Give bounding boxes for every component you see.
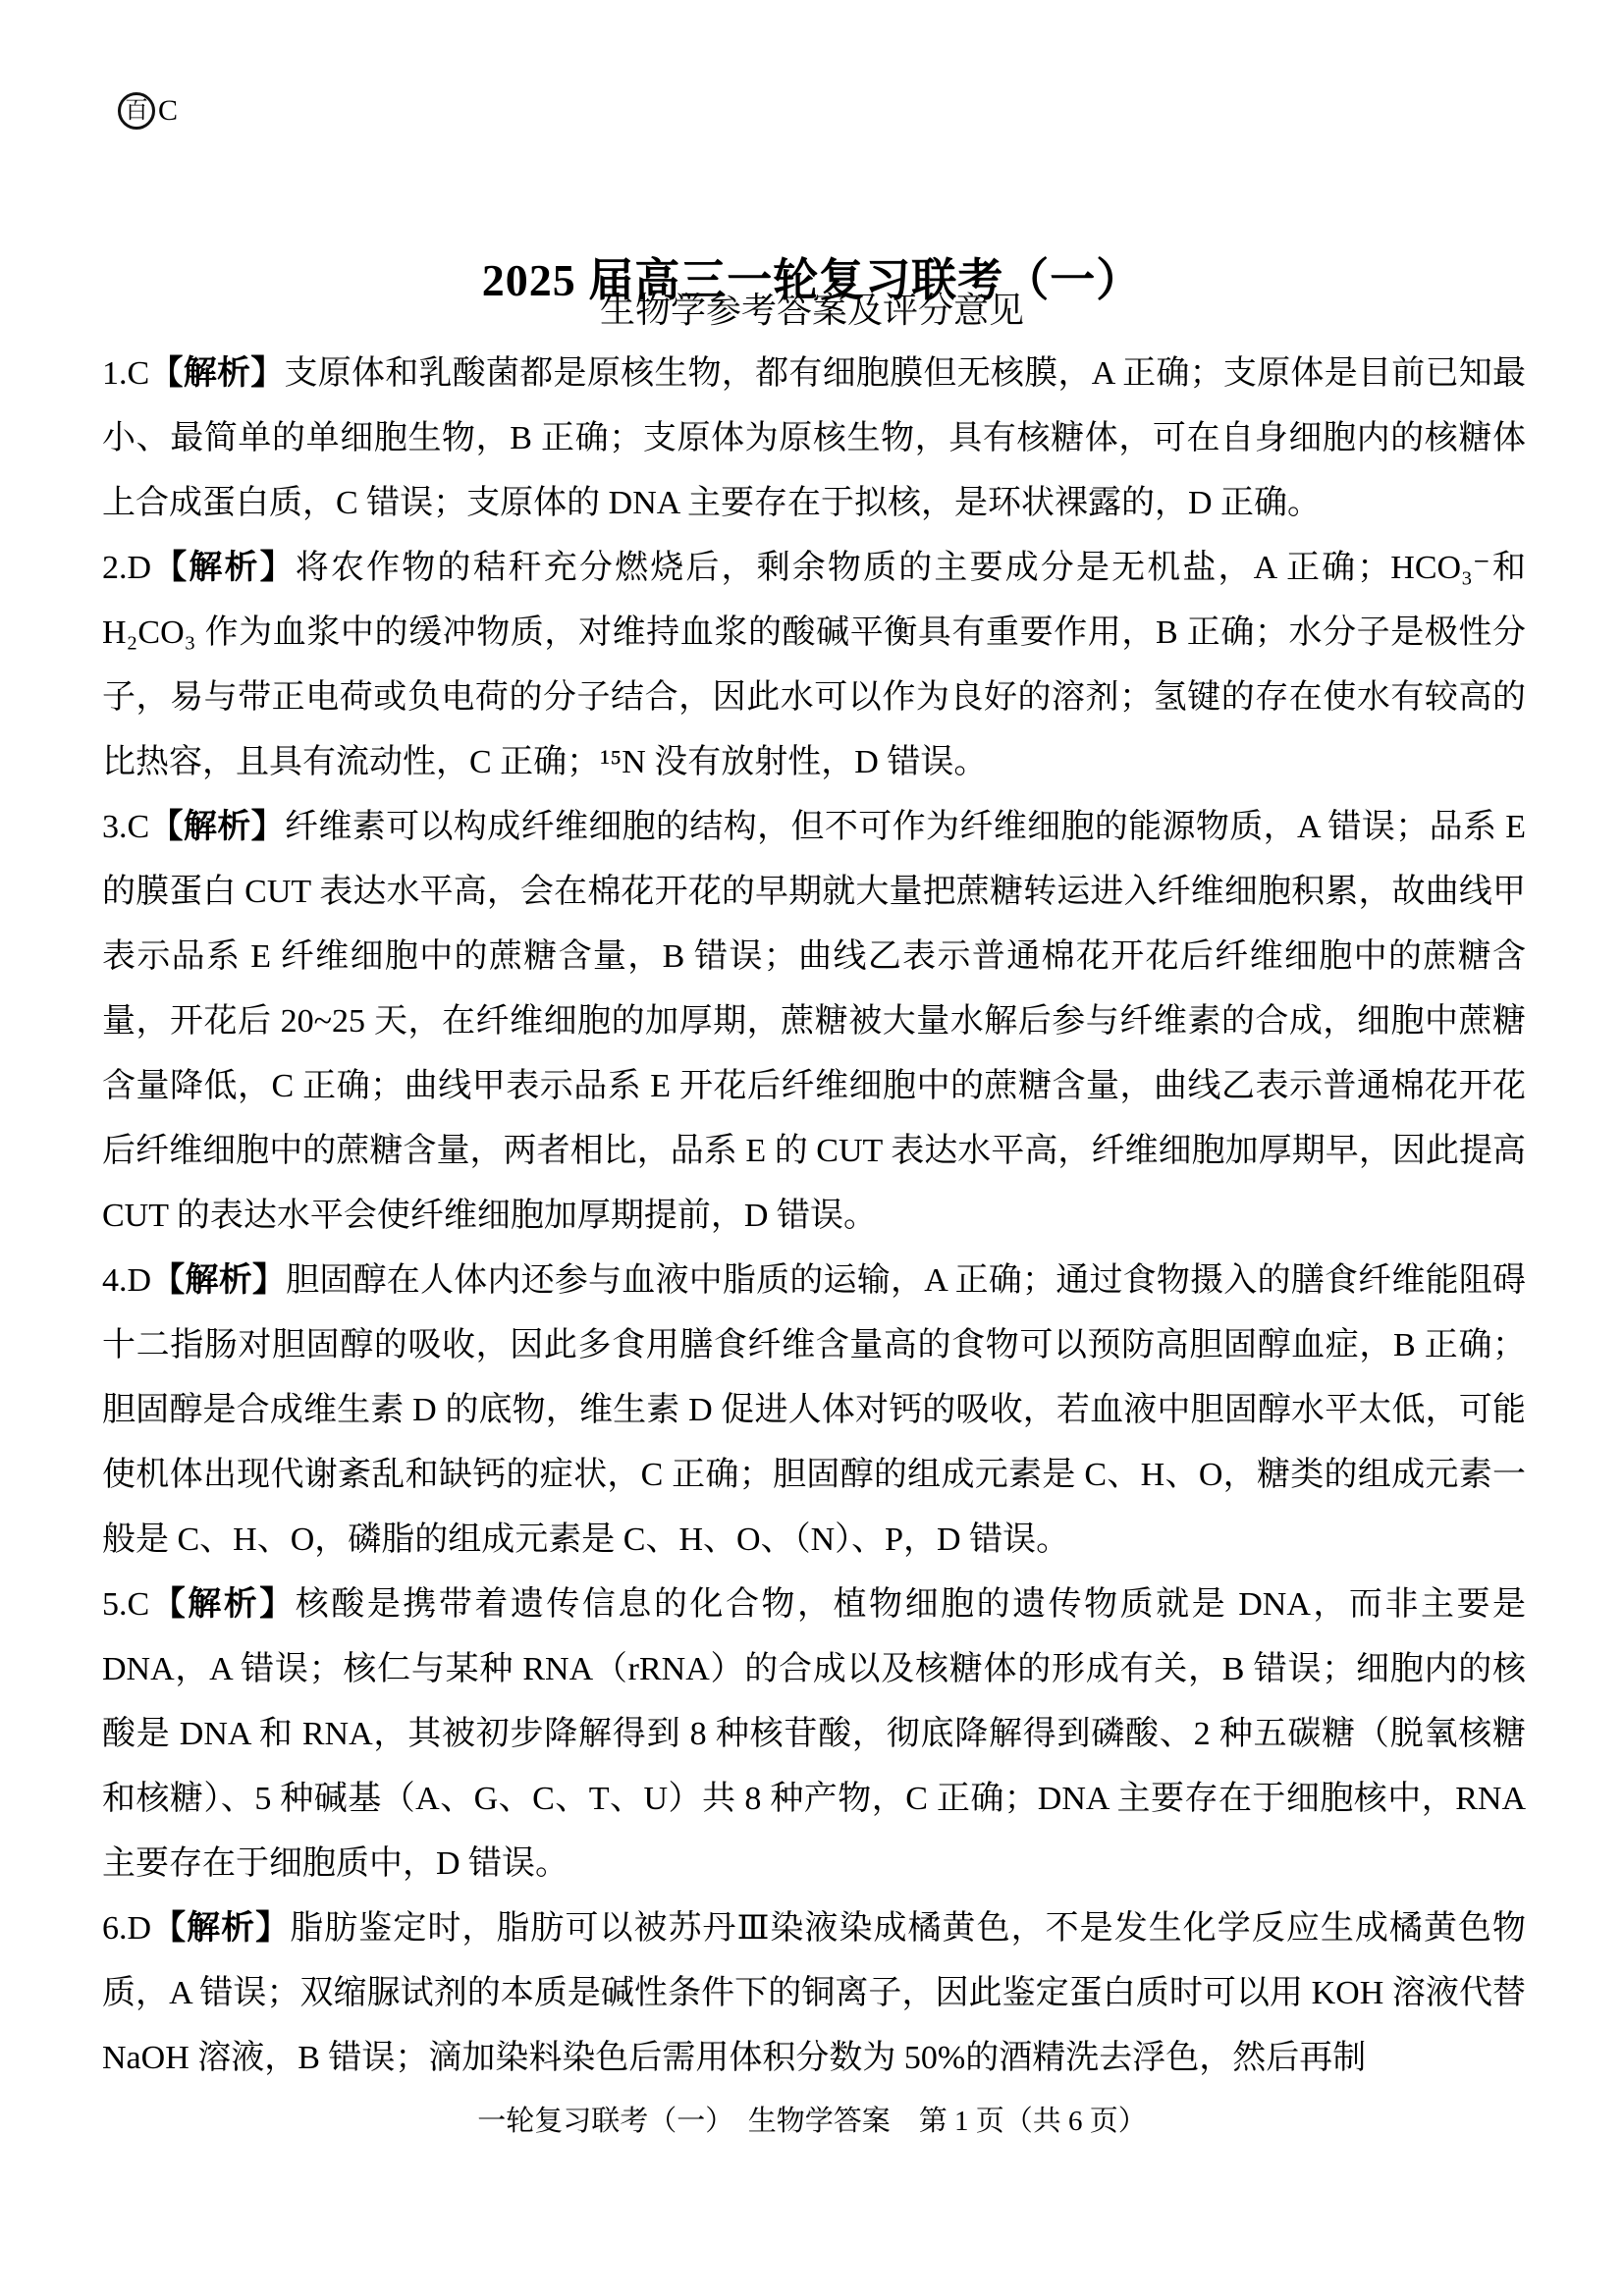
answer-text: 脂肪鉴定时，脂肪可以被苏丹Ⅲ染液染成橘黄色，不是发生化学反应生成橘黄色物质，A …: [102, 1910, 1526, 2076]
answer-item-3: 3.C【解析】纤维素可以构成纤维细胞的结构，但不可作为纤维细胞的能源物质，A 错…: [102, 795, 1526, 1249]
answer-text: 支原体和乳酸菌都是原核生物，都有细胞膜但无核膜，A 正确；支原体是目前已知最小、…: [102, 355, 1526, 521]
answer-item-4: 4.D【解析】胆固醇在人体内还参与血液中脂质的运输，A 正确；通过食物摄入的膳食…: [102, 1249, 1526, 1573]
answer-number: 4.D: [102, 1262, 151, 1299]
answer-number: 2.D: [102, 550, 151, 586]
answer-label: 【解析】: [151, 550, 296, 586]
answer-label: 【解析】: [151, 1262, 286, 1299]
answer-number: 6.D: [102, 1910, 151, 1947]
answer-number: 3.C: [102, 809, 149, 845]
answer-number: 1.C: [102, 355, 149, 392]
answer-label: 【解析】: [149, 809, 285, 845]
answers-section: 1.C【解析】支原体和乳酸菌都是原核生物，都有细胞膜但无核膜，A 正确；支原体是…: [102, 342, 1526, 2091]
answer-item-2: 2.D【解析】将农作物的秸秆充分燃烧后，剩余物质的主要成分是无机盐，A 正确；H…: [102, 536, 1526, 795]
answer-item-6: 6.D【解析】脂肪鉴定时，脂肪可以被苏丹Ⅲ染液染成橘黄色，不是发生化学反应生成橘…: [102, 1896, 1526, 2091]
logo-suffix: C: [158, 96, 178, 126]
answer-item-1: 1.C【解析】支原体和乳酸菌都是原核生物，都有细胞膜但无核膜，A 正确；支原体是…: [102, 342, 1526, 536]
answer-number: 5.C: [102, 1586, 149, 1623]
document-page: 百 C 2025 届高三一轮复习联考（一） 生物学参考答案及评分意见 1.C【解…: [0, 0, 1624, 2296]
publisher-logo: 百 C: [118, 92, 178, 130]
answer-text: 核酸是携带着遗传信息的化合物，植物细胞的遗传物质就是 DNA，而非主要是 DNA…: [102, 1586, 1526, 1882]
page-footer: 一轮复习联考（一） 生物学答案 第 1 页（共 6 页）: [0, 2099, 1624, 2139]
answer-text: 将农作物的秸秆充分燃烧后，剩余物质的主要成分是无机盐，A 正确；HCO₃⁻和 H…: [102, 550, 1526, 780]
answer-label: 【解析】: [149, 355, 284, 392]
answer-label: 【解析】: [151, 1910, 290, 1947]
answer-text: 纤维素可以构成纤维细胞的结构，但不可作为纤维细胞的能源物质，A 错误；品系 E …: [102, 809, 1526, 1234]
answer-item-5: 5.C【解析】核酸是携带着遗传信息的化合物，植物细胞的遗传物质就是 DNA，而非…: [102, 1573, 1526, 1896]
page-subtitle: 生物学参考答案及评分意见: [0, 283, 1624, 333]
answer-label: 【解析】: [149, 1586, 296, 1623]
logo-circle-icon: 百: [118, 92, 155, 130]
answer-text: 胆固醇在人体内还参与血液中脂质的运输，A 正确；通过食物摄入的膳食纤维能阻碍十二…: [102, 1262, 1526, 1558]
